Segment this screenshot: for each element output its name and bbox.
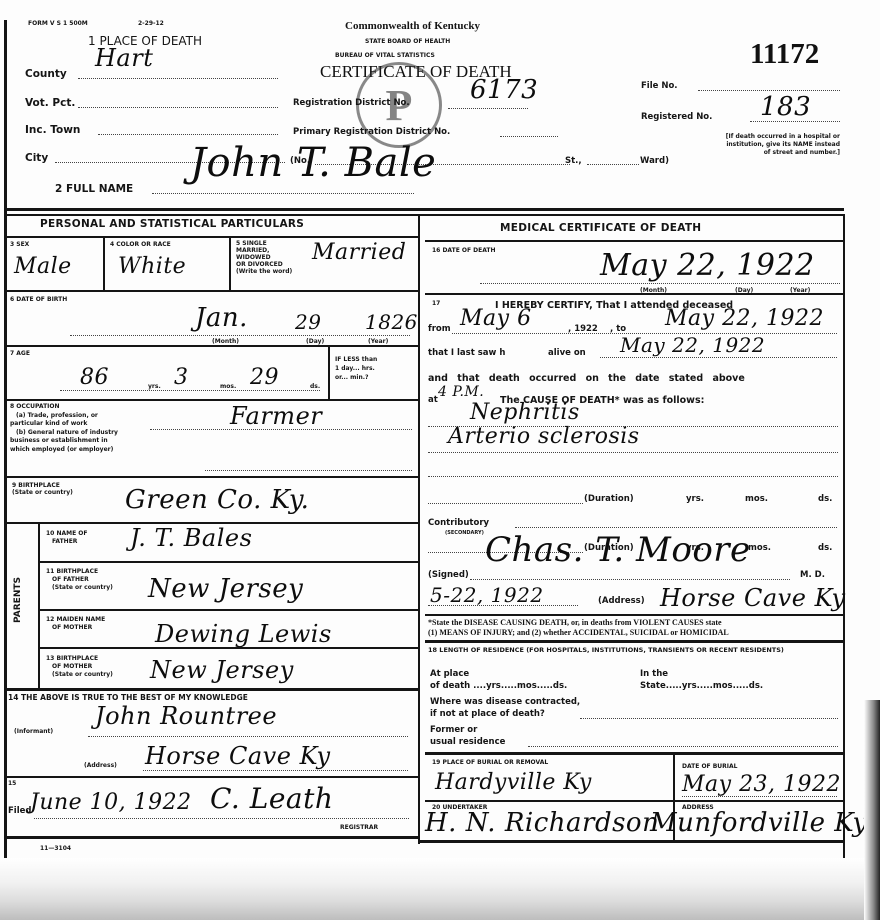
undertaker-value: H. N. Richardson: [425, 808, 659, 838]
mother-birthplace-value: New Jersey: [150, 656, 294, 684]
father-label: 10 NAME OF: [46, 530, 87, 538]
occupation-b-line: (b) General nature of industry: [10, 429, 118, 438]
signed-line: [470, 579, 790, 580]
mother-bp-label: (State or country): [46, 671, 113, 679]
vot-pct-line: [78, 107, 278, 108]
occupation-b-line-rule: [205, 470, 412, 471]
commonwealth-title: Commonwealth of Kentucky: [345, 20, 480, 32]
county-line: [78, 78, 278, 79]
duration-line-1: [428, 503, 583, 504]
attended-to: May 22, 1922: [665, 306, 824, 331]
file-no-line: [698, 90, 840, 91]
dob-month-caption: (Month): [212, 338, 239, 345]
hospital-note: [If death occurred in a hospital or inst…: [718, 133, 840, 157]
registration-district-line: [448, 108, 528, 109]
age-months-unit: mos.: [220, 383, 236, 390]
rule: [6, 399, 418, 401]
footnote-line: *State the DISEASE CAUSING DEATH, or, in…: [428, 618, 729, 628]
registered-no-value: 183: [760, 92, 811, 122]
father-label: FATHER: [46, 538, 87, 546]
rule: [39, 561, 418, 563]
marital-value: Married: [312, 240, 406, 265]
if-less-line: 1 day... hrs.: [335, 364, 377, 373]
former-line: Former or: [430, 724, 505, 736]
certify-number: 17: [432, 300, 440, 307]
footnote-line: (1) MEANS OF INJURY; and (2) whether ACC…: [428, 628, 729, 638]
filed-number: 15: [8, 780, 16, 787]
last-saw-line: [600, 357, 837, 358]
last-saw-label: that I last saw h: [428, 348, 505, 358]
parents-label: PARENTS: [6, 545, 30, 655]
duration-label-1: (Duration): [584, 494, 634, 504]
disease-contracted: Where was disease contracted, if not at …: [430, 696, 580, 720]
filed-date: June 10, 1922: [30, 790, 192, 815]
burial-place-label: 19 PLACE OF BURIAL OR REMOVAL: [432, 759, 548, 766]
full-name-value: John T. Bale: [190, 140, 436, 186]
birthplace-sub: (State or country): [12, 489, 73, 496]
race-label: 4 COLOR OR RACE: [110, 241, 171, 248]
burial-date-value: May 23, 1922: [682, 772, 841, 797]
father-name-value: J. T. Bales: [130, 524, 252, 552]
birthplace-labels: 9 BIRTHPLACE (State or country): [12, 482, 73, 496]
board-name: STATE BOARD OF HEALTH: [365, 38, 450, 45]
registrar-signature: C. Leath: [210, 782, 333, 815]
occupation-b-line: which employed (or employer): [10, 446, 118, 455]
undertaker-address-value: Munfordville Ky: [650, 808, 868, 838]
rule: [425, 240, 843, 242]
informant-label: (Informant): [14, 728, 53, 735]
rule: [6, 345, 418, 347]
rule: [425, 614, 843, 616]
contracted-line: Where was disease contracted,: [430, 696, 580, 708]
rule: [6, 688, 418, 691]
rule: [103, 237, 105, 291]
inc-town-line: [98, 134, 278, 135]
rule: [6, 476, 418, 478]
at-place-line: At place: [430, 668, 567, 680]
time-of-death: 4 P.M.: [438, 384, 484, 400]
birthplace-label: 9 BIRTHPLACE: [12, 482, 73, 489]
mother-label: 12 MAIDEN NAME: [46, 616, 105, 624]
residence-label: 18 LENGTH OF RESIDENCE (FOR HOSPITALS, I…: [428, 646, 838, 654]
rule: [419, 840, 843, 843]
inc-town-label: Inc. Town: [25, 124, 80, 136]
informant-value: John Rountree: [95, 702, 277, 730]
secondary-label: (SECONDARY): [445, 530, 484, 536]
marital-label: 5 SINGLE MARRIED, WIDOWED OR DIVORCED (W…: [236, 240, 292, 275]
filed-line: [34, 818, 409, 819]
burial-date-label: DATE OF BURIAL: [682, 763, 738, 770]
cause-of-death-1: Nephritis: [470, 400, 580, 425]
informant-address-value: Horse Cave Ky: [145, 742, 331, 770]
if-less-line: or... min.?: [335, 373, 377, 382]
occupation-value: Farmer: [230, 402, 322, 430]
at-label: at: [428, 395, 438, 405]
father-bp-label: 11 BIRTHPLACE: [46, 568, 113, 576]
cause-of-death-2: Arterio sclerosis: [448, 424, 640, 449]
at-place-line: of death ....yrs.....mos.....ds.: [430, 680, 567, 692]
mother-label: OF MOTHER: [46, 624, 105, 632]
physician-address-value: Horse Cave Ky: [660, 584, 846, 612]
rule: [4, 836, 419, 839]
dob-day: 29: [295, 310, 321, 334]
physician-address-label: (Address): [598, 596, 645, 606]
age-years: 86: [80, 365, 109, 390]
vot-pct-label: Vot. Pct.: [25, 97, 75, 109]
occupation-label: 8 OCCUPATION: [10, 403, 118, 412]
occupation-labels: 8 OCCUPATION (a) Trade, profession, or p…: [10, 403, 118, 454]
marital-label-line: (Write the word): [236, 268, 292, 275]
rule: [6, 236, 418, 238]
date-of-death-value: May 22, 1922: [600, 248, 815, 283]
street-label: St.,: [565, 156, 582, 166]
rule: [425, 293, 843, 295]
age-years-unit: yrs.: [148, 383, 161, 390]
mother-bp-label: OF MOTHER: [46, 663, 113, 671]
former-line-rule: [528, 746, 838, 747]
header-divider-2: [6, 214, 844, 216]
bureau-name: BUREAU OF VITAL STATISTICS: [335, 52, 435, 59]
county-label: County: [25, 68, 67, 80]
occupation-a-line: (a) Trade, profession, or: [10, 412, 118, 421]
certificate-number: 11172: [750, 38, 819, 71]
rule: [39, 647, 418, 649]
rule: [38, 523, 40, 688]
file-no-label: File No.: [641, 81, 678, 91]
dob-month: Jan.: [195, 303, 248, 333]
father-birthplace-labels: 11 BIRTHPLACE OF FATHER (State or countr…: [46, 568, 113, 592]
form-code: FORM V S 1 500M: [28, 20, 88, 27]
medical-heading: MEDICAL CERTIFICATE OF DEATH: [500, 222, 701, 234]
mother-bp-label: 13 BIRTHPLACE: [46, 655, 113, 663]
father-name-labels: 10 NAME OF FATHER: [46, 530, 87, 546]
from-year: , 1922: [568, 324, 598, 334]
informant-address-label: (Address): [84, 762, 117, 769]
rule: [6, 290, 418, 292]
contracted-line: if not at place of death?: [430, 708, 580, 720]
primary-registration-line: [500, 136, 558, 137]
dob-year: 1826: [365, 310, 418, 334]
primary-registration-label: Primary Registration District No.: [293, 127, 450, 137]
dob-label: 6 DATE OF BIRTH: [10, 296, 67, 303]
form-date: 2-29-12: [138, 20, 164, 27]
marital-label-line: OR DIVORCED: [236, 261, 292, 268]
death-certificate: FORM V S 1 500M 2-29-12 Commonwealth of …: [0, 0, 880, 920]
signed-label: (Signed): [428, 570, 469, 580]
marital-label-line: WIDOWED: [236, 254, 292, 261]
from-label: from: [428, 324, 451, 334]
page-shadow: [0, 858, 880, 920]
residence-at-place: At place of death ....yrs.....mos.....ds…: [430, 668, 567, 692]
age-days-unit: ds.: [310, 383, 320, 390]
rule: [39, 609, 418, 611]
page-edge-shadow: [864, 700, 880, 920]
occurred-text: and that death occurred on the date stat…: [428, 373, 745, 384]
registered-no-label: Registered No.: [641, 112, 712, 122]
in-state-line: In the: [640, 668, 763, 680]
age-line: [60, 390, 320, 391]
full-name-label: 2 FULL NAME: [55, 183, 133, 195]
age-label: 7 AGE: [10, 350, 30, 357]
burial-place-value: Hardyville Ky: [435, 770, 592, 795]
residence-in-state: In the State.....yrs.....mos.....ds.: [640, 668, 763, 692]
county-value: Hart: [95, 44, 153, 72]
sex-label: 3 SEX: [10, 241, 29, 248]
date-of-death-label: 16 DATE OF DEATH: [432, 247, 496, 254]
ward-line: [587, 164, 639, 165]
alive-on-label: alive on: [548, 348, 586, 358]
attended-from: May 6: [460, 306, 532, 331]
marital-label-line: MARRIED,: [236, 247, 292, 254]
duration-ds-2: ds.: [818, 543, 832, 553]
registration-district-label: Registration District No.: [293, 98, 410, 108]
registration-district-value: 6173: [470, 75, 538, 105]
full-name-line: [152, 193, 414, 194]
date-of-death-line: [480, 283, 840, 284]
left-border: [4, 20, 7, 870]
cause-line-3: [428, 476, 838, 477]
header-divider: [6, 208, 844, 211]
duration-mos-1: mos.: [745, 494, 768, 504]
rule: [229, 237, 231, 291]
race-value: White: [118, 254, 186, 279]
father-birthplace-value: New Jersey: [148, 574, 303, 604]
rule: [425, 800, 843, 802]
form-footer-number: 11—3104: [40, 845, 71, 852]
dob-day-caption: (Day): [306, 338, 324, 345]
rule: [425, 640, 843, 643]
personal-heading: PERSONAL AND STATISTICAL PARTICULARS: [40, 218, 304, 230]
mother-name-labels: 12 MAIDEN NAME OF MOTHER: [46, 616, 105, 632]
filed-label: Filed: [8, 806, 31, 816]
duration-ds-1: ds.: [818, 494, 832, 504]
cause-line-2: [428, 452, 838, 453]
if-less-line: IF LESS than: [335, 355, 377, 364]
md-label: M. D.: [800, 570, 825, 580]
physician-signature: Chas. T. Moore: [485, 530, 751, 570]
informant-address-line: [143, 770, 408, 771]
contributory-line: [515, 527, 837, 528]
in-state-line: State.....yrs.....mos.....ds.: [640, 680, 763, 692]
former-residence: Former or usual residence: [430, 724, 505, 748]
signed-date: 5-22, 1922: [430, 583, 544, 607]
age-days: 29: [250, 365, 279, 390]
city-label: City: [25, 152, 48, 164]
birthplace-value: Green Co. Ky.: [125, 485, 309, 515]
if-less-label: IF LESS than 1 day... hrs. or... min.?: [335, 355, 377, 382]
parents-text: PARENTS: [13, 577, 23, 623]
former-line: usual residence: [430, 736, 505, 748]
true-statement: 14 THE ABOVE IS TRUE TO THE BEST OF MY K…: [8, 693, 248, 702]
mother-name-value: Dewing Lewis: [155, 620, 332, 648]
occupation-b-line: business or establishment in: [10, 437, 118, 446]
age-months: 3: [174, 365, 189, 390]
father-bp-label: (State or country): [46, 584, 113, 592]
rule: [328, 346, 330, 400]
duration-mos-2: mos.: [748, 543, 771, 553]
right-border: [843, 214, 845, 864]
contributory-label: Contributory: [428, 518, 489, 528]
sex-value: Male: [14, 254, 72, 279]
duration-yrs-1: yrs.: [686, 494, 704, 504]
cause-footnote: *State the DISEASE CAUSING DEATH, or, in…: [428, 618, 729, 638]
ward-label: Ward): [640, 156, 669, 166]
contracted-line-rule: [580, 718, 838, 719]
last-saw-value: May 22, 1922: [620, 333, 765, 357]
occupation-a-line: particular kind of work: [10, 420, 118, 429]
registrar-label: REGISTRAR: [340, 824, 378, 831]
informant-line: [88, 736, 408, 737]
dob-year-caption: (Year): [368, 338, 388, 345]
mother-birthplace-labels: 13 BIRTHPLACE OF MOTHER (State or countr…: [46, 655, 113, 679]
column-divider: [418, 214, 420, 844]
rule: [6, 776, 418, 778]
rule: [425, 752, 843, 755]
dob-line: [70, 335, 410, 336]
marital-label-line: 5 SINGLE: [236, 240, 292, 247]
father-bp-label: OF FATHER: [46, 576, 113, 584]
